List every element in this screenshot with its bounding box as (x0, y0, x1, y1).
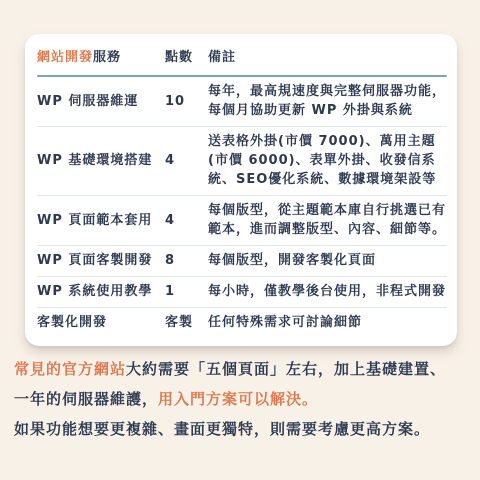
header-service-rest: 服務 (93, 50, 121, 65)
summary-line-3-text: 如果功能想要更複雜、畫面更獨特，則需要考慮更高方案。 (14, 420, 430, 438)
points-cell: 4 (165, 151, 208, 170)
points-cell: 10 (165, 92, 208, 111)
points-cell: 8 (165, 251, 208, 270)
summary-line-2-start: 一年的伺服器維護， (14, 390, 158, 408)
note-cell: 每小時，僅教學後台使用，非程式開發 (208, 282, 447, 301)
table-row: WP 基礎環境搭建 4 送表格外掛(市價 7000)、萬用主題(市價 6000)… (37, 126, 447, 195)
note-cell: 任何特殊需求可討論細節 (208, 313, 447, 332)
table-header-row: 網站開發服務 點數 備註 (37, 48, 447, 75)
header-service-highlight: 網站開發 (37, 50, 93, 65)
summary-text-block: 常見的官方網站大約需要「五個頁面」左右，加上基礎建置、 一年的伺服器維護，用入門… (14, 354, 472, 444)
summary-line-2: 一年的伺服器維護，用入門方案可以解決。 (14, 384, 472, 414)
service-name-cell: 客製化開發 (37, 313, 165, 332)
summary-line-1: 常見的官方網站大約需要「五個頁面」左右，加上基礎建置、 (14, 354, 472, 384)
note-cell: 每個版型，開發客製化頁面 (208, 251, 447, 270)
header-notes-cell: 備註 (208, 48, 447, 67)
service-name-cell: WP 基礎環境搭建 (37, 151, 165, 170)
summary-line-1-rest: 大約需要「五個頁面」左右，加上基礎建置、 (126, 360, 446, 378)
summary-line-1-highlight: 常見的官方網站 (14, 360, 126, 378)
header-points-cell: 點數 (165, 48, 208, 67)
note-cell: 每個版型，從主題範本庫自行挑選已有範本，進而調整版型、內容、細節等。 (208, 201, 447, 239)
note-cell: 每年，最高規速度與完整伺服器功能，每個月協助更新 WP 外掛與系統 (208, 82, 447, 120)
points-cell: 客製 (165, 313, 208, 332)
note-cell: 送表格外掛(市價 7000)、萬用主題(市價 6000)、表單外掛、收發信系統、… (208, 132, 447, 189)
table-row: WP 頁面範本套用 4 每個版型，從主題範本庫自行挑選已有範本，進而調整版型、內… (37, 195, 447, 245)
points-cell: 1 (165, 282, 208, 301)
table-row: 客製化開發 客製 任何特殊需求可討論細節 (37, 307, 447, 338)
table-row: WP 系統使用教學 1 每小時，僅教學後台使用，非程式開發 (37, 276, 447, 307)
table-row: WP 伺服器維運 10 每年，最高規速度與完整伺服器功能，每個月協助更新 WP … (37, 77, 447, 126)
service-name-cell: WP 頁面客製開發 (37, 251, 165, 270)
header-service-cell: 網站開發服務 (37, 48, 165, 67)
summary-line-2-highlight: 用入門方案可以解決。 (158, 390, 318, 408)
service-name-cell: WP 系統使用教學 (37, 282, 165, 301)
summary-line-3: 如果功能想要更複雜、畫面更獨特，則需要考慮更高方案。 (14, 414, 472, 444)
points-cell: 4 (165, 211, 208, 230)
service-name-cell: WP 伺服器維運 (37, 92, 165, 111)
service-name-cell: WP 頁面範本套用 (37, 211, 165, 230)
pricing-table-card: 網站開發服務 點數 備註 WP 伺服器維運 10 每年，最高規速度與完整伺服器功… (25, 34, 457, 346)
infographic-page: 網站開發服務 點數 備註 WP 伺服器維運 10 每年，最高規速度與完整伺服器功… (0, 0, 480, 480)
table-row: WP 頁面客製開發 8 每個版型，開發客製化頁面 (37, 245, 447, 276)
